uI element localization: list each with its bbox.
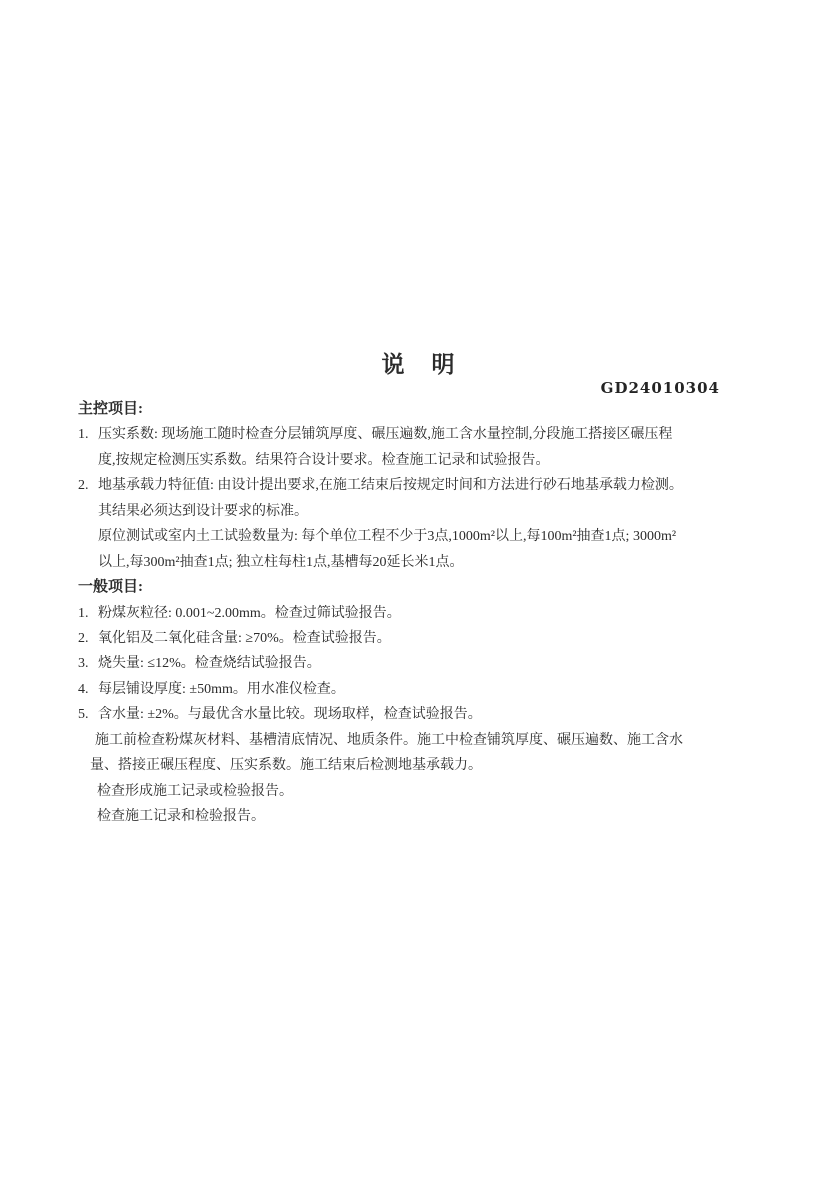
list-item-continuation: 度,按规定检测压实系数。结果符合设计要求。检查施工记录和试验报告。 — [0, 448, 838, 473]
note-line: 原位测试或室内土工试验数量为: 每个单位工程不少于3点,1000m²以上,每10… — [0, 524, 838, 549]
page-title: 说 明 — [0, 346, 838, 379]
paragraph-line: 检查形成施工记录或检验报告。 — [0, 779, 838, 804]
list-item: 2.氧化铝及二氧化硅含量: ≥70%。检查试验报告。 — [0, 626, 838, 651]
list-item: 2.地基承载力特征值: 由设计提出要求,在施工结束后按规定时间和方法进行砂石地基… — [0, 473, 838, 498]
paragraph-line: 检查施工记录和检验报告。 — [0, 804, 838, 829]
list-item: 5.含水量: ±2%。与最优含水量比较。现场取样，检查试验报告。 — [0, 702, 838, 727]
section-heading-main-control: 主控项目: — [0, 397, 838, 422]
list-item-text: 烧失量: ≤12%。检查烧结试验报告。 — [98, 656, 321, 671]
list-item-text: 粉煤灰粒径: 0.001~2.00mm。检查过筛试验报告。 — [98, 606, 401, 621]
note-line-continuation: 以上,每300m²抽查1点; 独立柱每柱1点,基槽每20延长米1点。 — [0, 550, 838, 575]
list-item: 1.粉煤灰粒径: 0.001~2.00mm。检查过筛试验报告。 — [0, 601, 838, 626]
list-item-number: 1. — [78, 422, 98, 447]
list-item: 4.每层铺设厚度: ±50mm。用水准仪检查。 — [0, 677, 838, 702]
list-item-number: 2. — [78, 626, 98, 651]
list-item-continuation: 其结果必须达到设计要求的标准。 — [0, 499, 838, 524]
list-item-text: 地基承载力特征值: 由设计提出要求,在施工结束后按规定时间和方法进行砂石地基承载… — [98, 478, 683, 493]
list-item-text: 氧化铝及二氧化硅含量: ≥70%。检查试验报告。 — [98, 631, 391, 646]
list-item: 1.压实系数: 现场施工随时检查分层铺筑厚度、碾压遍数,施工含水量控制,分段施工… — [0, 422, 838, 447]
list-item-text: 压实系数: 现场施工随时检查分层铺筑厚度、碾压遍数,施工含水量控制,分段施工搭接… — [98, 427, 672, 442]
document-page: 说 明 GD24010304 主控项目: 1.压实系数: 现场施工随时检查分层铺… — [0, 0, 838, 1186]
document-body: 主控项目: 1.压实系数: 现场施工随时检查分层铺筑厚度、碾压遍数,施工含水量控… — [0, 397, 838, 829]
list-item-number: 5. — [78, 702, 98, 727]
doc-code: GD24010304 — [601, 379, 720, 397]
paragraph-line: 量、搭接正碾压程度、压实系数。施工结束后检测地基承载力。 — [0, 753, 838, 778]
list-item-number: 3. — [78, 651, 98, 676]
paragraph-line: 施工前检查粉煤灰材料、基槽清底情况、地质条件。施工中检查铺筑厚度、碾压遍数、施工… — [0, 728, 838, 753]
list-item-number: 1. — [78, 601, 98, 626]
list-item-number: 2. — [78, 473, 98, 498]
list-item-text: 每层铺设厚度: ±50mm。用水准仪检查。 — [98, 682, 345, 697]
list-item: 3.烧失量: ≤12%。检查烧结试验报告。 — [0, 651, 838, 676]
list-item-number: 4. — [78, 677, 98, 702]
list-item-text: 含水量: ±2%。与最优含水量比较。现场取样，检查试验报告。 — [98, 707, 482, 722]
section-heading-general: 一般项目: — [0, 575, 838, 600]
